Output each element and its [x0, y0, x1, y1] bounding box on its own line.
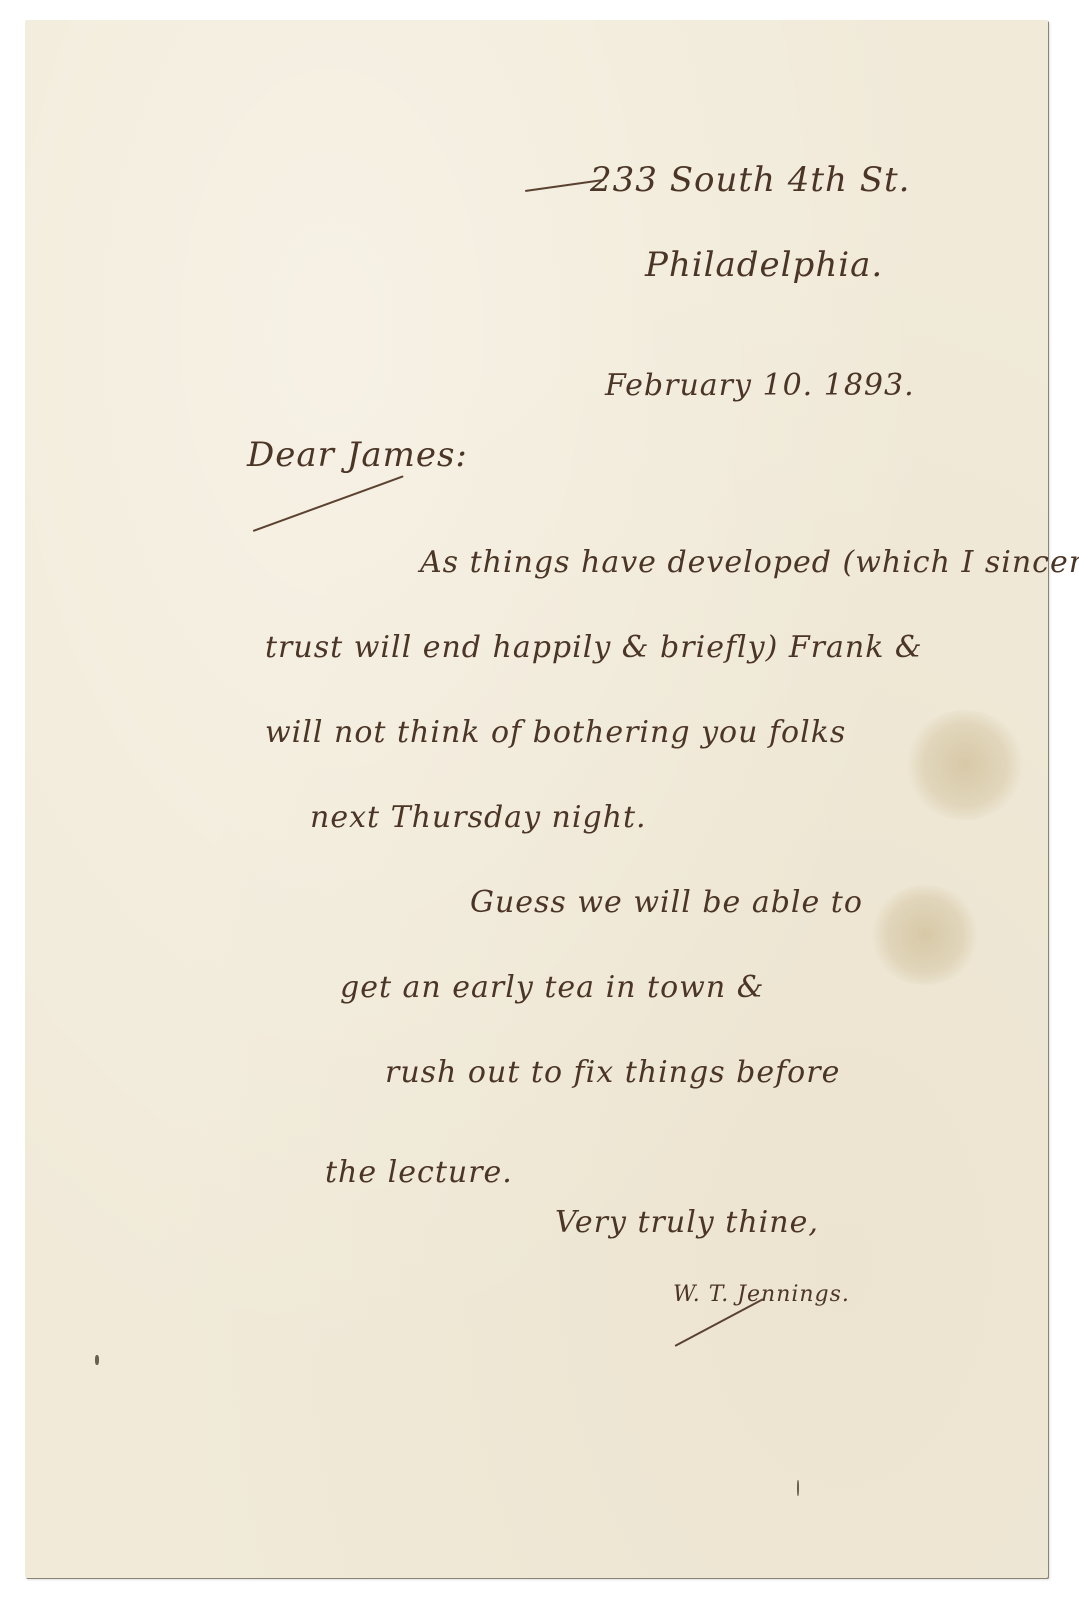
paper-speck — [95, 1355, 99, 1365]
body-line: the lecture. — [325, 1155, 513, 1190]
body-line: trust will end happily & briefly) Frank … — [265, 630, 923, 665]
letter-paper: 233 South 4th St. Philadelphia. February… — [25, 20, 1048, 1578]
address-line: 233 South 4th St. — [590, 160, 911, 200]
paper-speck — [797, 1480, 799, 1496]
body-line: get an early tea in town & — [340, 970, 764, 1005]
date-line: February 10. 1893. — [605, 368, 915, 403]
paper-stain — [905, 710, 1025, 820]
city-line: Philadelphia. — [645, 245, 883, 285]
salutation-flourish — [253, 475, 404, 532]
body-line: Guess we will be able to — [470, 885, 863, 920]
closing: Very truly thine, — [555, 1205, 819, 1240]
body-line: rush out to fix things before — [385, 1055, 840, 1090]
body-line: As things have developed (which I sincer… — [420, 545, 1079, 580]
paper-stain — [870, 885, 980, 985]
body-line: will not think of bothering you folks — [265, 715, 846, 750]
body-line: next Thursday night. — [310, 800, 647, 835]
salutation: Dear James: — [247, 435, 468, 475]
signature: W. T. Jennings. — [673, 1282, 850, 1307]
